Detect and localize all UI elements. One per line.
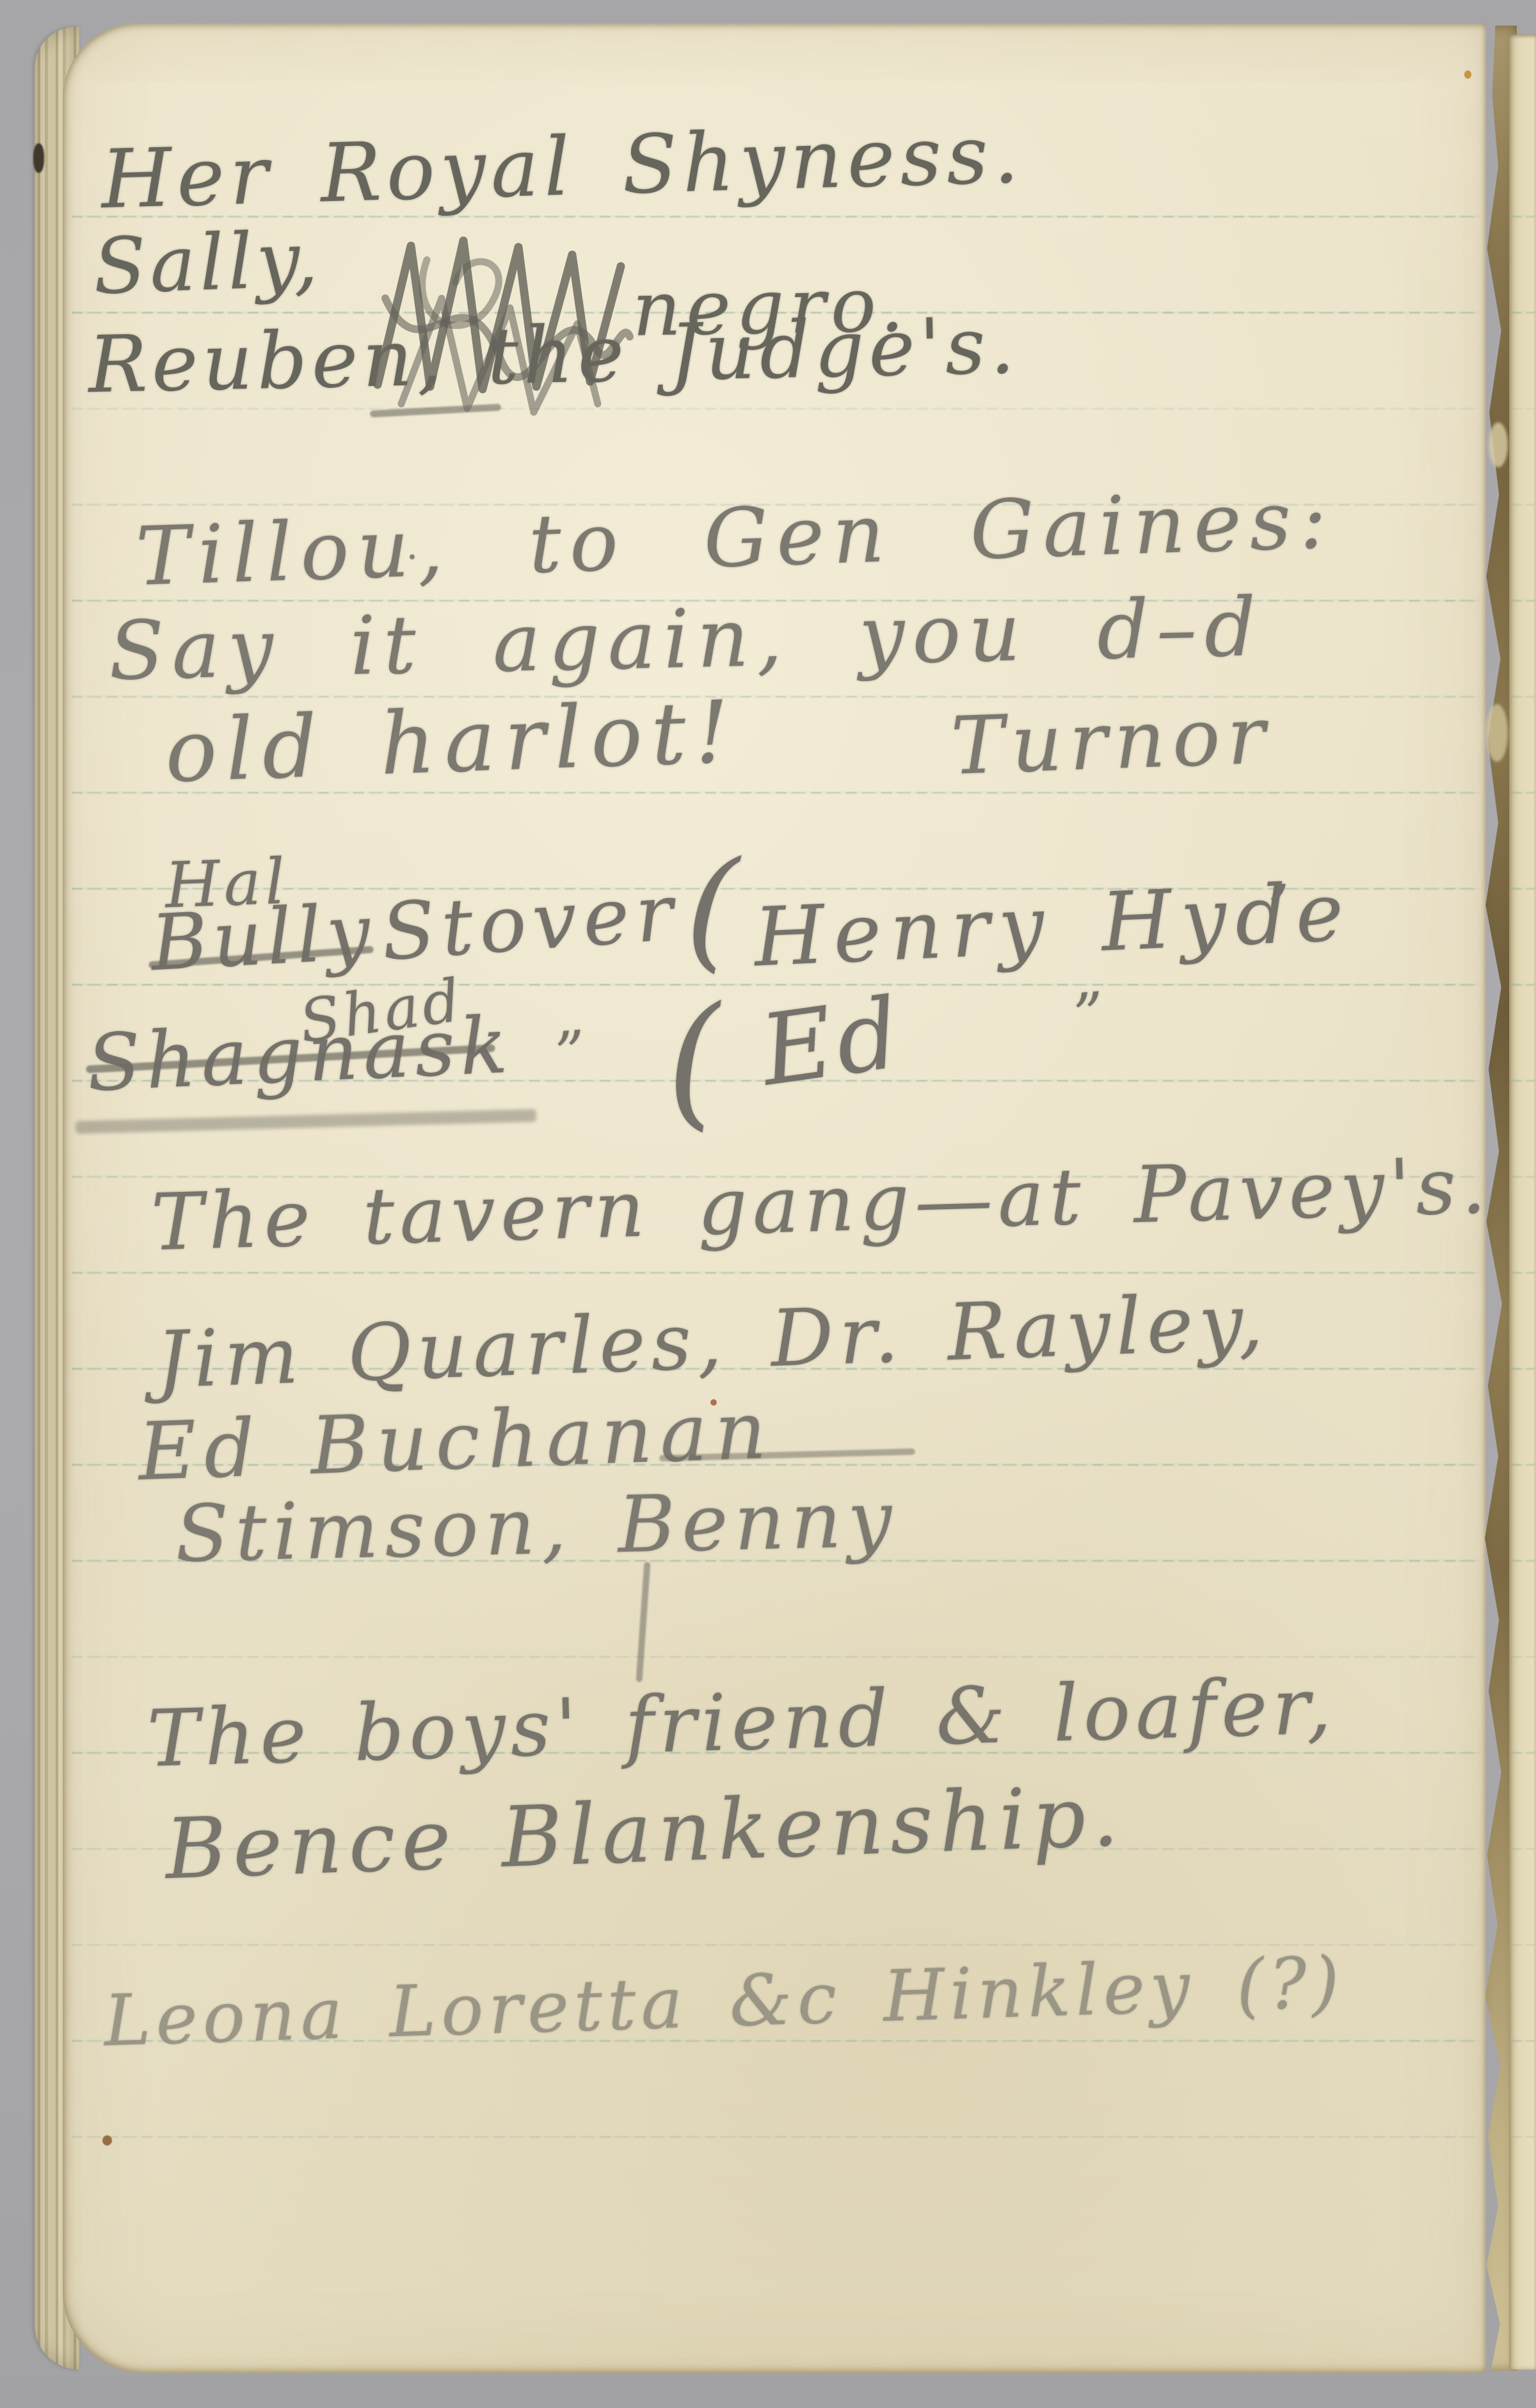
ruled-line [1510,1272,1535,1274]
ruled-line [1510,2040,1535,2042]
handwriting-reuben-the-judges: Reuben, the Judge's. [88,307,1020,404]
handwriting-apostrophe: ’ [1267,876,1290,946]
ruled-line [1510,1752,1535,1754]
brown-stain [102,2135,112,2146]
ruled-line [72,408,1480,410]
handwriting-old-harlot: old harlot! [164,689,740,794]
ruled-line [1510,1464,1535,1466]
ruled-line [1510,600,1535,602]
handwriting-sally: Sally, [92,221,323,306]
handwriting-open-paren: ( [684,843,739,976]
red-fleck [710,1399,717,1406]
ruled-line [1510,1656,1535,1658]
ruled-line [1510,888,1535,890]
ruled-line [72,2136,1480,2138]
ruled-line [1510,504,1535,506]
ruled-line [1510,1368,1535,1370]
handwriting-turnor: Turnor [950,696,1274,786]
handwriting-bully-struck: Bully [149,894,377,983]
ruled-line [1510,1944,1535,1946]
binding-glue-blob [1486,704,1508,762]
ruled-line [72,1272,1480,1274]
handwriting-henry-hyde: Henry Hyde [753,872,1354,979]
ruled-line [1510,792,1535,794]
handwriting-say-it-again: Say it again, you d–d [108,587,1265,692]
ruled-line [1510,408,1535,410]
handwriting-stover: Stover [379,873,682,972]
scanned-notebook-photo: Her Royal Shyness. Sally, negro. Reuben,… [0,0,1536,2408]
binding-glue-blob [1489,422,1508,467]
handwriting-ditto-mark: ” [553,1023,588,1084]
next-page-edge [1509,35,1536,2370]
ruled-line [1510,312,1535,314]
ruled-line [1510,216,1535,218]
dark-speck [410,554,415,559]
ruled-line [1510,1176,1535,1178]
handwriting-open-paren: ( [662,988,725,1135]
binding-clasp-mark [33,143,44,173]
ruled-line [1510,1080,1535,1082]
handwriting-ed-buchanan: Ed Buchanan [137,1391,775,1493]
ruled-line [1510,696,1535,698]
handwriting-her-royal-shyness: Her Royal Shyness. [100,114,1025,220]
ruled-line [1510,984,1535,986]
ruled-line [1510,1848,1535,1850]
ruled-line [72,1656,1480,1658]
handwriting-ed: Ed [755,984,908,1100]
handwriting-ditto-mark: ” [1071,984,1107,1046]
ruled-line [72,984,1480,986]
handwriting-stimson-benny: Stimson, Benny [175,1480,899,1573]
ruled-line [1510,1560,1535,1562]
orange-fleck [1464,70,1471,79]
ruled-line [1510,2136,1535,2138]
